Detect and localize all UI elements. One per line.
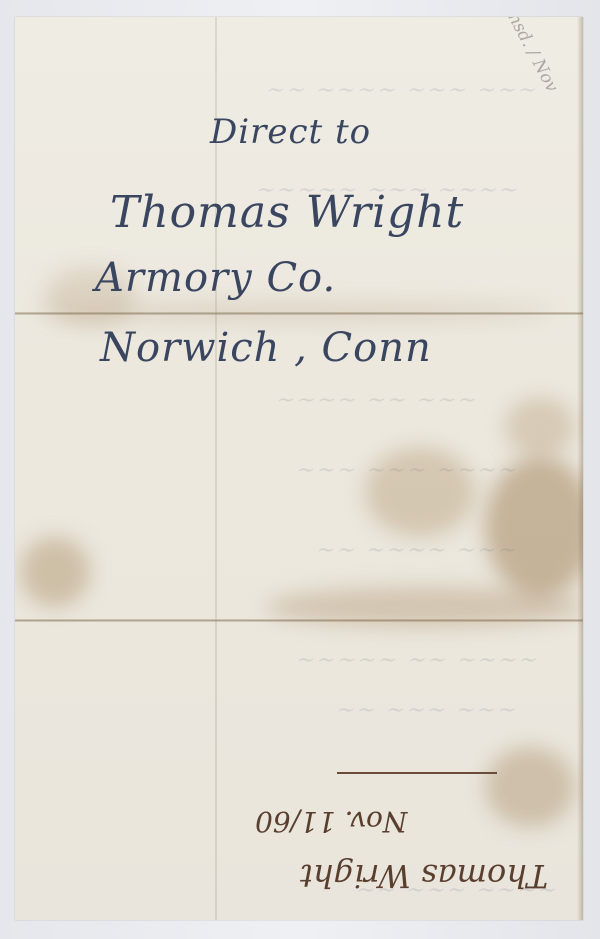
bleed-through-text: ~~~ ~~~~ ~~: [310, 537, 521, 562]
bleed-through-text: ~~~ ~~ ~~~~: [270, 387, 481, 412]
torn-right-edge: [577, 17, 583, 920]
letter-paper: ~~~ ~~~ ~~~~ ~~ ~~~~ ~~~ ~~~~~ ~~~ ~~ ~~…: [15, 17, 583, 920]
fold-line-upper: [15, 312, 583, 315]
docket-name: Thomas Wright: [300, 857, 548, 895]
stain-bottom-right: [485, 747, 575, 827]
address-line-city: Norwich , Conn: [100, 325, 432, 371]
bleed-through-text: ~~~~ ~~ ~~~~~: [290, 647, 542, 672]
fold-line-vertical: [215, 17, 217, 920]
bleed-through-text: ~~~ ~~~ ~~~~ ~~: [260, 77, 541, 102]
docket-rule: [337, 772, 497, 774]
stain-right-upper: [505, 397, 575, 457]
address-line-direct-to: Direct to: [210, 112, 371, 152]
docket-date: Nov. 11/60: [255, 805, 407, 838]
fold-line-lower: [15, 619, 583, 622]
bleed-through-text: ~~~~ ~~~ ~~~: [290, 457, 521, 482]
bleed-through-text: ~~~ ~~~ ~~: [330, 697, 521, 722]
address-line-name: Thomas Wright: [110, 187, 464, 238]
address-line-company: Armory Co.: [95, 255, 336, 301]
stain-left-lower: [20, 537, 90, 607]
